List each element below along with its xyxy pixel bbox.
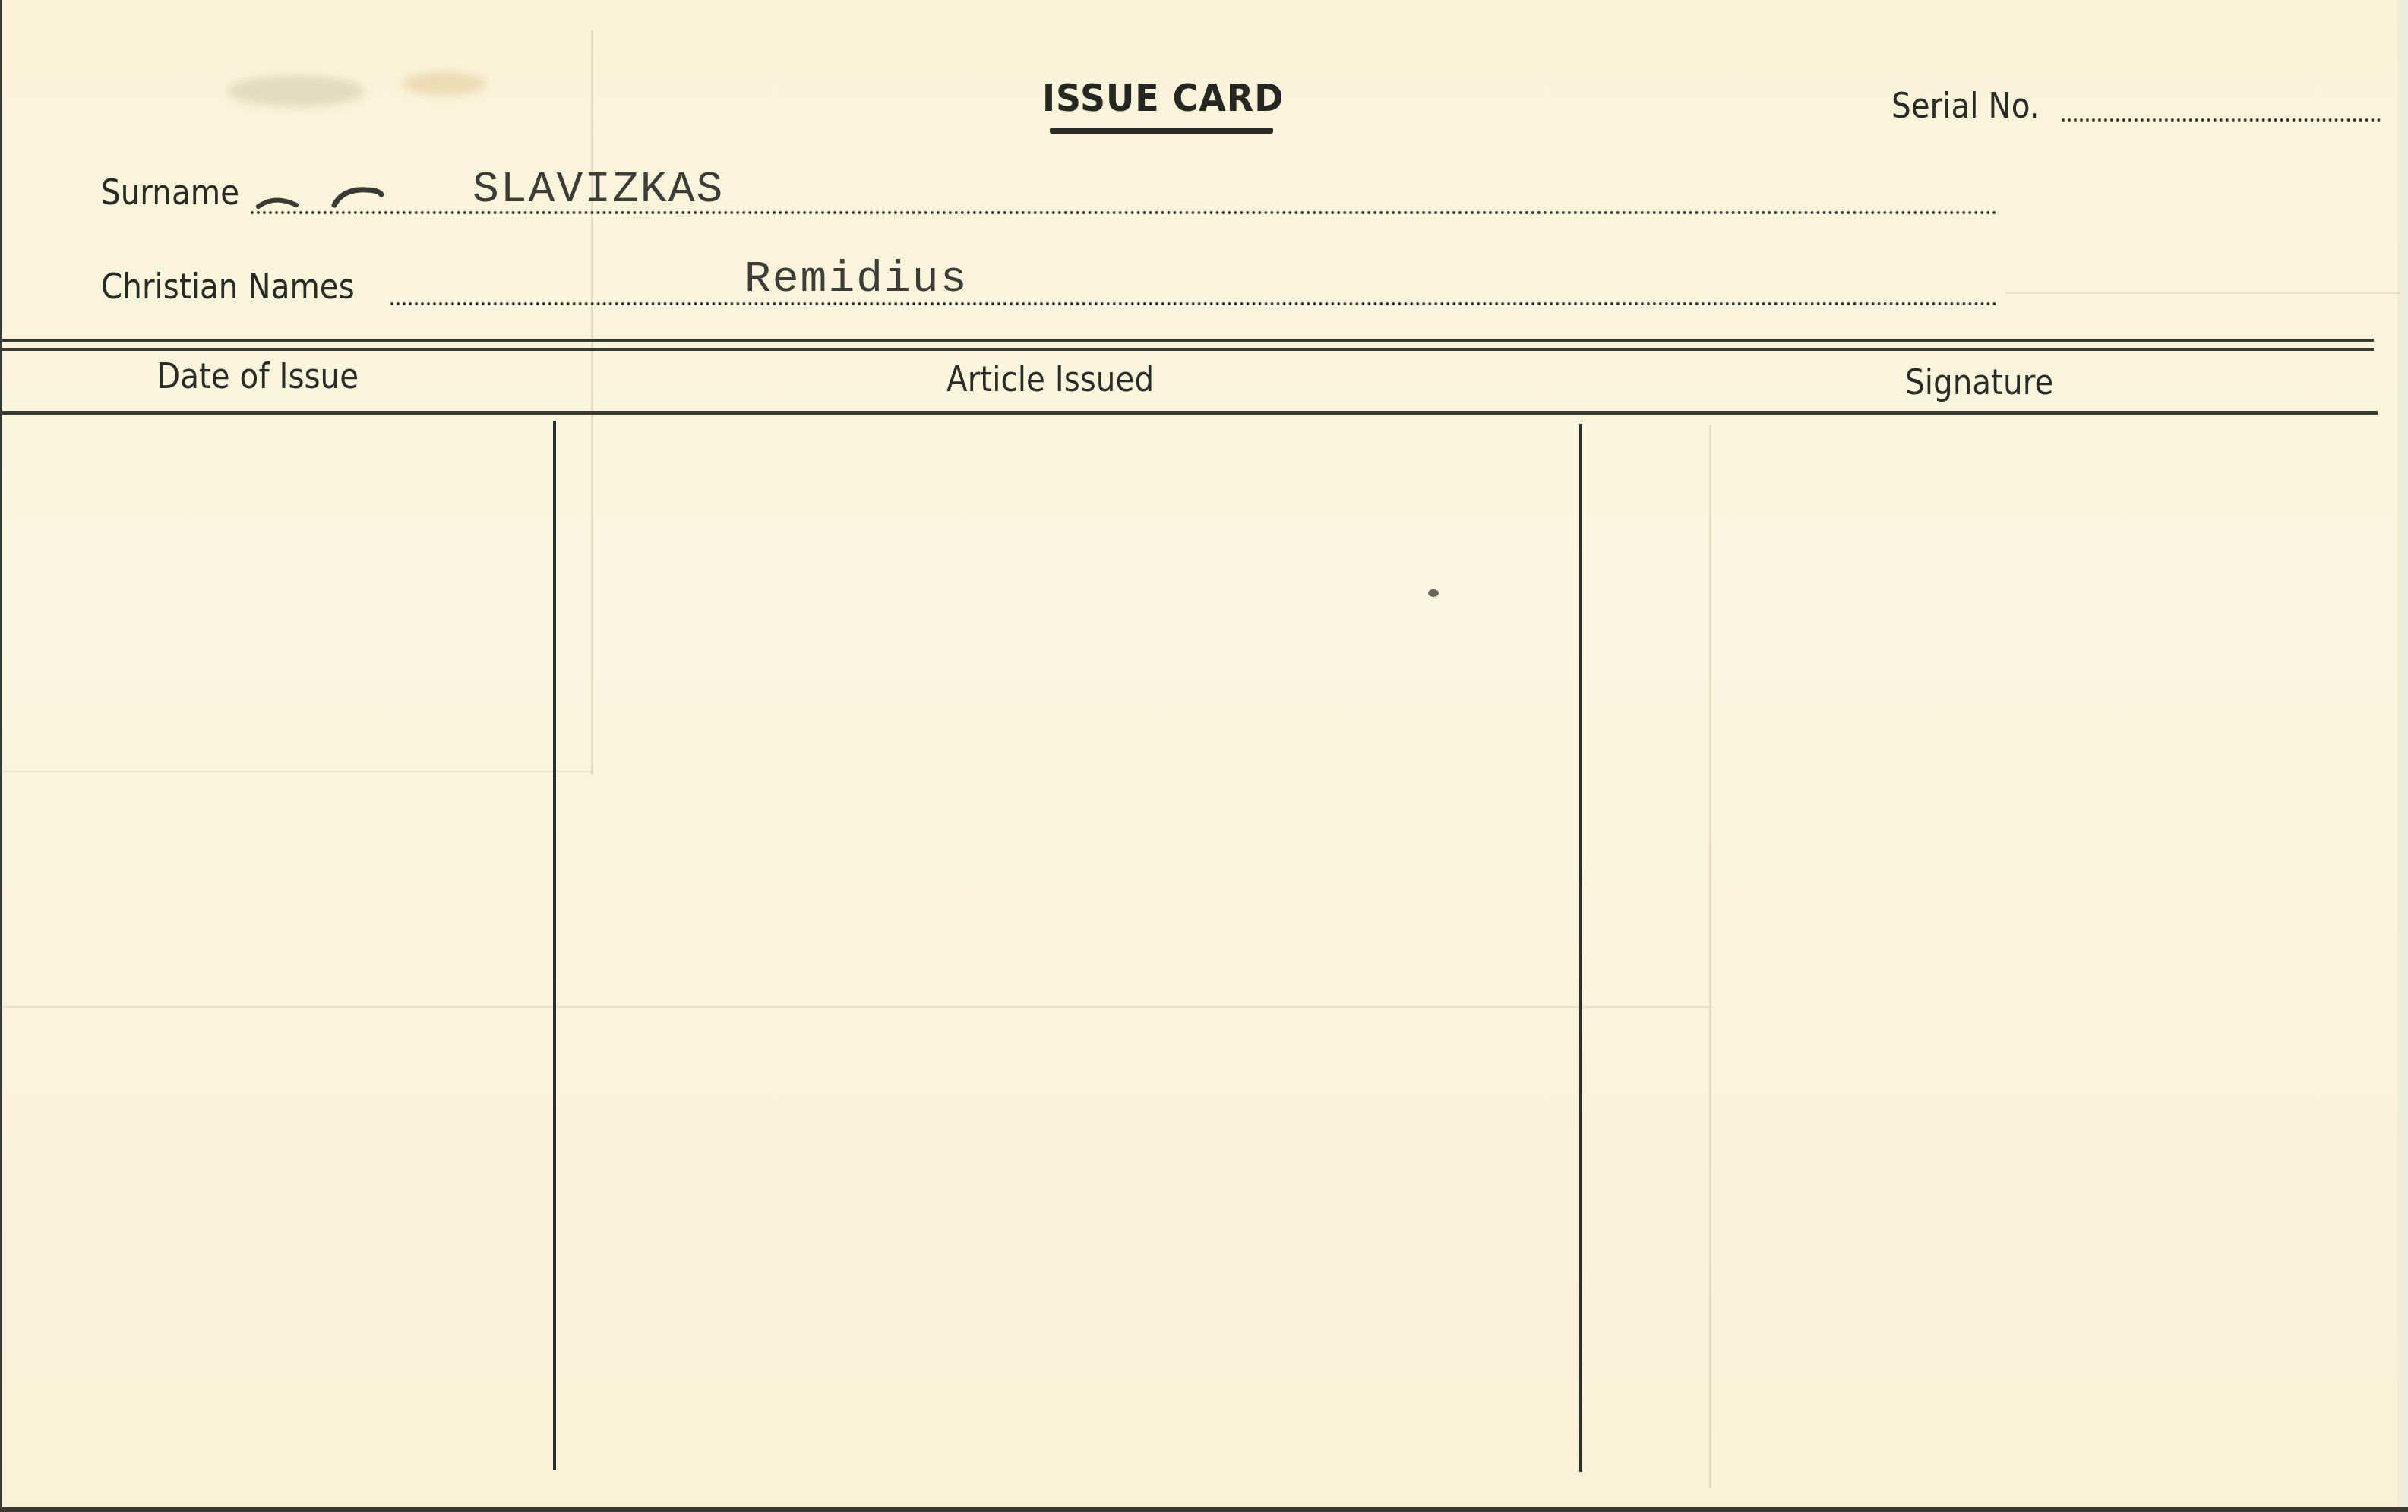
bleed-through-line	[2005, 292, 2400, 294]
date-of-issue-column[interactable]	[3, 416, 551, 1472]
card-edge-bottom	[0, 1507, 2408, 1512]
christian-names-label: Christian Names	[101, 266, 355, 307]
surname-value: SLAVIZKAS	[472, 166, 724, 215]
card-title: ISSUE CARD	[1042, 76, 1284, 120]
serial-no-label: Serial No.	[1891, 85, 2040, 126]
card-edge-left	[0, 0, 2, 1512]
column-header-date-of-issue: Date of Issue	[156, 355, 359, 396]
ink-mark-icon	[252, 178, 404, 216]
header-rule-top	[0, 339, 2374, 342]
header-rule-second	[0, 348, 2374, 351]
ink-speck	[1428, 589, 1439, 597]
stain	[228, 76, 365, 106]
card-edge-right	[2397, 0, 2408, 1512]
header-rule-bottom	[0, 411, 2378, 415]
stain	[403, 72, 486, 95]
serial-no-field[interactable]	[2062, 118, 2381, 122]
surname-label: Surname	[101, 172, 239, 213]
signature-column[interactable]	[1582, 416, 2395, 1472]
article-issued-column[interactable]	[556, 416, 1578, 1472]
column-header-article-issued: Article Issued	[946, 358, 1154, 399]
issue-card: ISSUE CARD Serial No. Surname SLAVIZKAS …	[0, 0, 2408, 1512]
title-underline	[1050, 128, 1273, 134]
column-header-signature: Signature	[1905, 361, 2053, 402]
christian-names-value: Remidius	[744, 255, 968, 305]
christian-names-field[interactable]	[390, 302, 1998, 305]
